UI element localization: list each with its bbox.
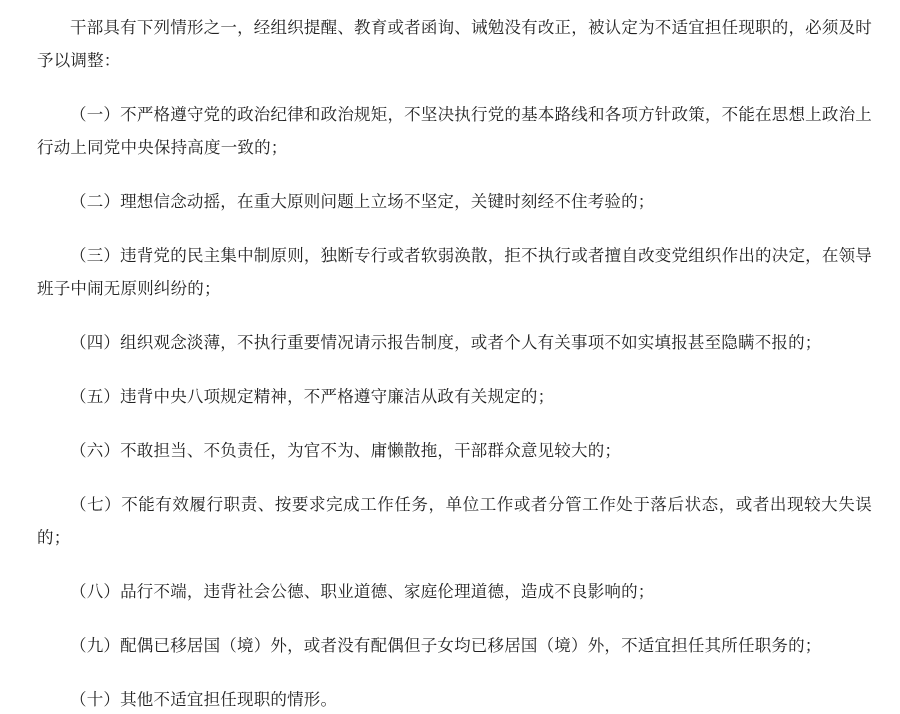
list-item-10: （十）其他不适宜担任现职的情形。 [37, 683, 872, 714]
list-item-5: （五）违背中央八项规定精神，不严格遵守廉洁从政有关规定的； [37, 380, 872, 413]
list-item-2: （二）理想信念动摇，在重大原则问题上立场不坚定，关键时刻经不住考验的； [37, 185, 872, 218]
document-body: 干部具有下列情形之一，经组织提醒、教育或者函询、诫勉没有改正，被认定为不适宜担任… [37, 11, 872, 714]
list-item-4: （四）组织观念淡薄，不执行重要情况请示报告制度，或者个人有关事项不如实填报甚至隐… [37, 326, 872, 359]
document-page: 干部具有下列情形之一，经组织提醒、教育或者函询、诫勉没有改正，被认定为不适宜担任… [0, 0, 900, 714]
list-item-3: （三）违背党的民主集中制原则，独断专行或者软弱涣散，拒不执行或者擅自改变党组织作… [37, 239, 872, 305]
list-item-1: （一）不严格遵守党的政治纪律和政治规矩，不坚决执行党的基本路线和各项方针政策，不… [37, 98, 872, 164]
list-item-8: （八）品行不端，违背社会公德、职业道德、家庭伦理道德，造成不良影响的； [37, 575, 872, 608]
list-item-7: （七）不能有效履行职责、按要求完成工作任务，单位工作或者分管工作处于落后状态，或… [37, 488, 872, 554]
list-item-6: （六）不敢担当、不负责任，为官不为、庸懒散拖，干部群众意见较大的； [37, 434, 872, 467]
list-item-9: （九）配偶已移居国（境）外，或者没有配偶但子女均已移居国（境）外，不适宜担任其所… [37, 629, 872, 662]
intro-paragraph: 干部具有下列情形之一，经组织提醒、教育或者函询、诫勉没有改正，被认定为不适宜担任… [37, 11, 872, 77]
